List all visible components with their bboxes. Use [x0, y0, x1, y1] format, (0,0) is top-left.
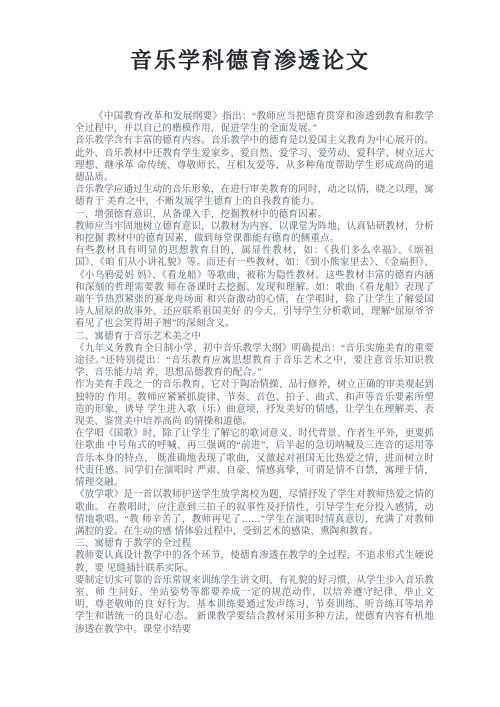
paragraph-national-anthem: 在学唱《国歌》时，除了让学生了解它的歌词意义、时代背景、作者生平外，更要抓住歌曲…: [75, 428, 434, 489]
section-heading-2: 二、寓德育于音乐艺术美之中: [75, 331, 434, 343]
paragraph-intro-quote: 《中国教育改革和发展纲要》指出：“教师应当把德育贯穿和渗透到教育和教学全过程中，…: [75, 111, 434, 135]
paragraph-dey-content: 音乐教学含有丰富的德育内容。音乐教学中的德育是以爱国主义教育为中心展开的。此外、…: [75, 135, 434, 184]
paragraph-teacher-awareness: 教师应当牢固地树立德育意识，以教材为内容、以课堂为阵地，认真钻研教材，分析和挖掘…: [75, 221, 434, 245]
paragraph-textbook-examples: 有些教材具有明显的思想教育目的，属显性教材，如：《我们多么幸福》、《颂祖国》、《…: [75, 245, 434, 330]
paragraph-syllabus-quote: 《九年义务教育全日制小学、初中音乐教学大纲》明确提出：“音乐实施美育的重要途径。…: [75, 343, 434, 380]
paragraph-whole-process: 教师要认真设计教学中的各个环节，使德育渗透在教学的全过程，不追求形式生硬说教，要…: [75, 550, 434, 574]
document-page: 音乐学科德育渗透论文 《中国教育改革和发展纲要》指出：“教师应当把德育贯穿和渗透…: [0, 0, 500, 707]
section-heading-1: 一、增强德育意识，从备课入手，挖掘教材中的德育因素。: [75, 209, 434, 221]
document-body: 《中国教育改革和发展纲要》指出：“教师应当把德育贯穿和渗透到教育和教学全过程中，…: [75, 111, 434, 636]
paragraph-classroom-routine: 要制定切实可靠的音乐常规来训练学生讲文明、有礼貌的好习惯，从学生步入音乐教室、师…: [75, 575, 434, 636]
document-title: 音乐学科德育渗透论文: [66, 44, 434, 75]
paragraph-fangxuege: 《放学歌》是一首以教师护送学生放学离校为题，尽情抒发了学生对教师热爱之情的歌曲。…: [75, 489, 434, 538]
paragraph-music-image: 音乐教学应通过生动的音乐形象，在进行审美教育的同时，动之以情，晓之以理，寓德育于…: [75, 184, 434, 208]
section-heading-3: 三、寓德育于教学的全过程: [75, 538, 434, 550]
paragraph-aesthetic-means: 作为美育手段之一的音乐教育，它对于陶冶情操、品行修养，树立正确的审美观起到独特的…: [75, 379, 434, 428]
